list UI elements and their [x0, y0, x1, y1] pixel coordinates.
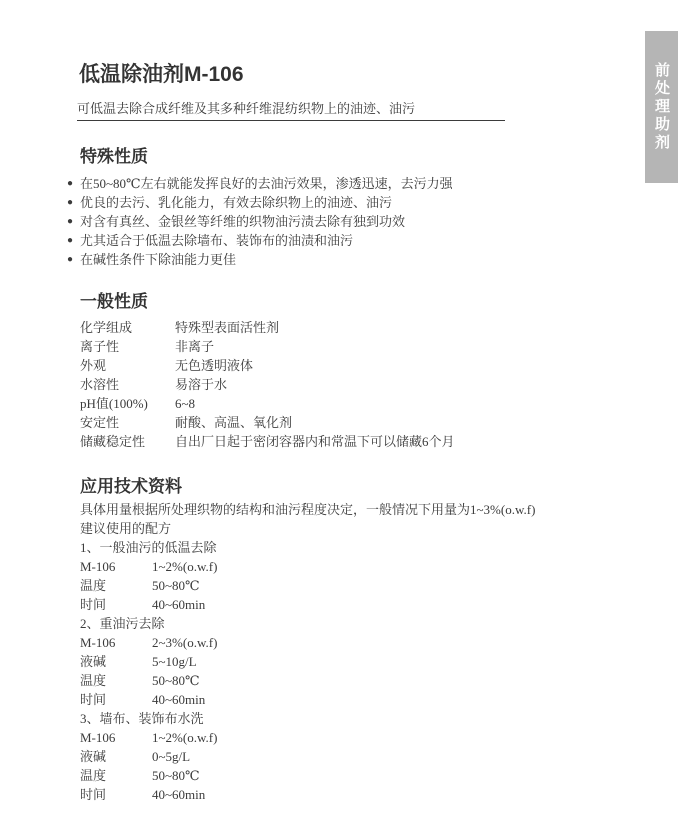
- recipe-row: 时间 40~60min: [80, 690, 640, 709]
- list-item-text: 尤其适合于低温去除墙布、装饰布的油渍和油污: [80, 231, 353, 250]
- row-value: 特殊型表面活性剂: [175, 318, 279, 337]
- row-label: M-106: [80, 728, 152, 747]
- row-value: 耐酸、高温、氧化剂: [175, 413, 292, 432]
- list-item: ● 优良的去污、乳化能力，有效去除织物上的油迹、油污: [80, 193, 640, 212]
- table-row: 储藏稳定性 自出厂日起于密闭容器内和常温下可以储藏6个月: [80, 432, 640, 451]
- row-value: 自出厂日起于密闭容器内和常温下可以储藏6个月: [175, 432, 455, 451]
- row-value: 2~3%(o.w.f): [152, 633, 217, 652]
- row-value: 非离子: [175, 337, 214, 356]
- row-value: 无色透明液体: [175, 356, 253, 375]
- recipe-row: 时间 40~60min: [80, 785, 640, 804]
- row-label: 水溶性: [80, 375, 175, 394]
- table-row: pH值(100%) 6~8: [80, 394, 640, 413]
- row-value: 50~80℃: [152, 766, 200, 785]
- application-intro: 具体用量根据所处理织物的结构和油污程度决定，一般情况下用量为1~3%(o.w.f…: [80, 500, 640, 519]
- row-value: 50~80℃: [152, 576, 200, 595]
- list-item-text: 优良的去污、乳化能力，有效去除织物上的油迹、油污: [80, 193, 392, 212]
- row-value: 40~60min: [152, 690, 205, 709]
- row-value: 5~10g/L: [152, 652, 197, 671]
- product-subtitle: 可低温去除合成纤维及其多种纤维混纺织物上的油迹、油污: [77, 101, 505, 121]
- recipe-title: 3、墙布、装饰布水洗: [80, 709, 640, 728]
- bullet-icon: ●: [67, 174, 80, 193]
- recipe-row: 温度 50~80℃: [80, 576, 640, 595]
- table-row: 化学组成 特殊型表面活性剂: [80, 318, 640, 337]
- application-body: 具体用量根据所处理织物的结构和油污程度决定，一般情况下用量为1~3%(o.w.f…: [80, 500, 640, 804]
- recipe-row: M-106 1~2%(o.w.f): [80, 728, 640, 747]
- row-label: M-106: [80, 557, 152, 576]
- table-row: 外观 无色透明液体: [80, 356, 640, 375]
- row-label: 温度: [80, 766, 152, 785]
- recipe-title: 1、一般油污的低温去除: [80, 538, 640, 557]
- bullet-icon: ●: [67, 193, 80, 212]
- row-label: 储藏稳定性: [80, 432, 175, 451]
- table-row: 安定性 耐酸、高温、氧化剂: [80, 413, 640, 432]
- row-label: 温度: [80, 576, 152, 595]
- recipe-row: M-106 1~2%(o.w.f): [80, 557, 640, 576]
- section-heading-general: 一般性质: [80, 291, 640, 313]
- list-item: ● 对含有真丝、金银丝等纤维的织物油污渍去除有独到功效: [80, 212, 640, 231]
- special-properties-list: ● 在50~80℃左右就能发挥良好的去油污效果，渗透迅速，去污力强 ● 优良的去…: [80, 174, 640, 269]
- row-label: 时间: [80, 595, 152, 614]
- recipe-row: 温度 50~80℃: [80, 766, 640, 785]
- datasheet-page: 前处理助剂 低温除油剂M-106 可低温去除合成纤维及其多种纤维混纺织物上的油迹…: [0, 0, 689, 822]
- general-properties-table: 化学组成 特殊型表面活性剂 离子性 非离子 外观 无色透明液体 水溶性 易溶于水…: [80, 318, 640, 451]
- bullet-icon: ●: [67, 250, 80, 269]
- category-side-tab: 前处理助剂: [645, 31, 678, 183]
- product-title: 低温除油剂M-106: [79, 62, 244, 88]
- bullet-icon: ●: [67, 231, 80, 250]
- row-label: 时间: [80, 785, 152, 804]
- section-special-properties: 特殊性质 ● 在50~80℃左右就能发挥良好的去油污效果，渗透迅速，去污力强 ●…: [80, 146, 640, 269]
- list-item-text: 在50~80℃左右就能发挥良好的去油污效果，渗透迅速，去污力强: [80, 174, 453, 193]
- row-label: 液碱: [80, 747, 152, 766]
- row-label: 化学组成: [80, 318, 175, 337]
- row-value: 50~80℃: [152, 671, 200, 690]
- category-side-tab-label: 前处理助剂: [651, 62, 672, 152]
- table-row: 离子性 非离子: [80, 337, 640, 356]
- list-item-text: 在碱性条件下除油能力更佳: [80, 250, 236, 269]
- row-label: 离子性: [80, 337, 175, 356]
- row-label: 安定性: [80, 413, 175, 432]
- recipe-row: 时间 40~60min: [80, 595, 640, 614]
- row-label: 液碱: [80, 652, 152, 671]
- row-value: 1~2%(o.w.f): [152, 557, 217, 576]
- section-application-data: 应用技术资料 具体用量根据所处理织物的结构和油污程度决定，一般情况下用量为1~3…: [80, 476, 640, 804]
- bullet-icon: ●: [67, 212, 80, 231]
- recipe-title: 2、重油污去除: [80, 614, 640, 633]
- section-general-properties: 一般性质 化学组成 特殊型表面活性剂 离子性 非离子 外观 无色透明液体 水溶性…: [80, 291, 640, 451]
- row-value: 1~2%(o.w.f): [152, 728, 217, 747]
- list-item: ● 尤其适合于低温去除墙布、装饰布的油渍和油污: [80, 231, 640, 250]
- row-label: 温度: [80, 671, 152, 690]
- row-value: 0~5g/L: [152, 747, 190, 766]
- recipe-row: 液碱 5~10g/L: [80, 652, 640, 671]
- recipe-row: 液碱 0~5g/L: [80, 747, 640, 766]
- row-label: M-106: [80, 633, 152, 652]
- row-label: 时间: [80, 690, 152, 709]
- row-value: 易溶于水: [175, 375, 227, 394]
- list-item: ● 在50~80℃左右就能发挥良好的去油污效果，渗透迅速，去污力强: [80, 174, 640, 193]
- table-row: 水溶性 易溶于水: [80, 375, 640, 394]
- section-heading-application: 应用技术资料: [80, 476, 640, 498]
- list-item-text: 对含有真丝、金银丝等纤维的织物油污渍去除有独到功效: [80, 212, 405, 231]
- list-item: ● 在碱性条件下除油能力更佳: [80, 250, 640, 269]
- recipe-list-title: 建议使用的配方: [80, 519, 640, 538]
- row-value: 40~60min: [152, 785, 205, 804]
- row-value: 6~8: [175, 394, 195, 413]
- row-value: 40~60min: [152, 595, 205, 614]
- row-label: pH值(100%): [80, 394, 175, 413]
- section-heading-special: 特殊性质: [80, 146, 640, 168]
- recipe-row: 温度 50~80℃: [80, 671, 640, 690]
- recipe-row: M-106 2~3%(o.w.f): [80, 633, 640, 652]
- row-label: 外观: [80, 356, 175, 375]
